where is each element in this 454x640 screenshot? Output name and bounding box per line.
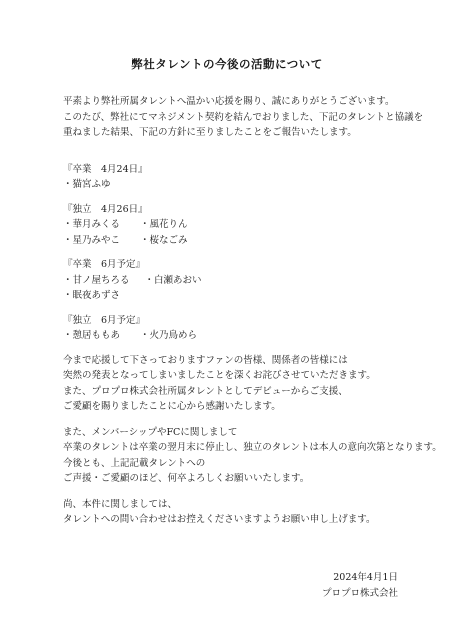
membership-line: 今後とも、上記記載タレントへの	[63, 456, 398, 472]
talent-row: ・甘ノ屋ちろる ・白瀬あおい	[63, 273, 398, 289]
talent-row: ・華月みくる ・風花りん	[63, 217, 398, 233]
apology-line: ご愛顧を賜りましたことに心から感謝いたします。	[63, 399, 398, 415]
notice-line: タレントへの問い合わせはお控えくださいますようお願い申し上げます。	[63, 512, 398, 528]
company-name: プロプロ株式会社	[322, 586, 398, 602]
notice-line: 尚、本件に関しましては、	[63, 497, 398, 513]
membership-line: ご声援・ご愛顧のほど、何卒よろしくお願いいたします。	[63, 471, 398, 487]
section-graduation-june: 『卒業 6月予定』 ・甘ノ屋ちろる ・白瀬あおい ・眠夜あずさ	[63, 257, 398, 304]
talent-row: ・眠夜あずさ	[63, 288, 398, 304]
section-heading: 『独立 4月26日』	[63, 202, 398, 218]
section-heading: 『独立 6月予定』	[63, 313, 398, 329]
document-date: 2024年4月1日	[322, 570, 398, 586]
section-independence-april: 『独立 4月26日』 ・華月みくる ・風花りん ・星乃みやこ ・桜なごみ	[63, 202, 398, 249]
apology-line: また、プロプロ株式会社所属タレントとしてデビューからご支援、	[63, 384, 398, 400]
talent-name: ・甘ノ屋ちろる	[63, 273, 130, 289]
talent-name: ・眠夜あずさ	[63, 288, 125, 304]
talent-name: ・華月みくる	[63, 217, 125, 233]
talent-name: ・猫宮ふゆ	[63, 177, 125, 193]
talent-row: ・憩居ももあ ・火乃鳥めら	[63, 328, 398, 344]
page-title: 弊社タレントの今後の活動について	[0, 56, 454, 72]
talent-row: ・猫宮ふゆ	[63, 177, 398, 193]
intro-line: 平素より弊社所属タレントへ温かい応援を賜り、誠にありがとうございます。	[63, 94, 398, 110]
document-footer: 2024年4月1日 プロプロ株式会社	[322, 570, 398, 602]
talent-name: ・風花りん	[140, 219, 188, 230]
section-heading: 『卒業 4月24日』	[63, 162, 398, 178]
intro-line: 重ねました結果、下記の方針に至りましたことをご報告いたします。	[63, 125, 398, 141]
intro-paragraph: 平素より弊社所属タレントへ温かい応援を賜り、誠にありがとうございます。 このたび…	[63, 94, 398, 141]
membership-paragraph: また、メンバーシップやFCに関しまして 卒業のタレントは卒業の翌月末に停止し、独…	[63, 425, 398, 487]
apology-line: 突然の発表となってしまいましたことを深くお詫びさせていただきます。	[63, 368, 398, 384]
talent-name: ・火乃鳥めら	[140, 330, 197, 341]
talent-name: ・星乃みやこ	[63, 233, 125, 249]
membership-line: また、メンバーシップやFCに関しまして	[63, 425, 398, 441]
section-heading: 『卒業 6月予定』	[63, 257, 398, 273]
section-independence-june: 『独立 6月予定』 ・憩居ももあ ・火乃鳥めら	[63, 313, 398, 344]
section-graduation-april: 『卒業 4月24日』 ・猫宮ふゆ	[63, 162, 398, 193]
document-body: 平素より弊社所属タレントへ温かい応援を賜り、誠にありがとうございます。 このたび…	[63, 94, 398, 528]
talent-name: ・憩居ももあ	[63, 328, 125, 344]
talent-row: ・星乃みやこ ・桜なごみ	[63, 233, 398, 249]
talent-name: ・桜なごみ	[140, 235, 188, 246]
notice-paragraph: 尚、本件に関しましては、 タレントへの問い合わせはお控えくださいますようお願い申…	[63, 497, 398, 528]
document-page: 弊社タレントの今後の活動について 平素より弊社所属タレントへ温かい応援を賜り、誠…	[0, 0, 454, 640]
intro-line: このたび、弊社にてマネジメント契約を結んでおりました、下記のタレントと協議を	[63, 110, 398, 126]
apology-paragraph: 今まで応援して下さっておりますファンの皆様、関係者の皆様には 突然の発表となって…	[63, 353, 398, 415]
membership-line: 卒業のタレントは卒業の翌月末に停止し、独立のタレントは本人の意向次第となります。	[63, 440, 398, 456]
apology-line: 今まで応援して下さっておりますファンの皆様、関係者の皆様には	[63, 353, 398, 369]
talent-name: ・白瀬あおい	[145, 275, 202, 286]
